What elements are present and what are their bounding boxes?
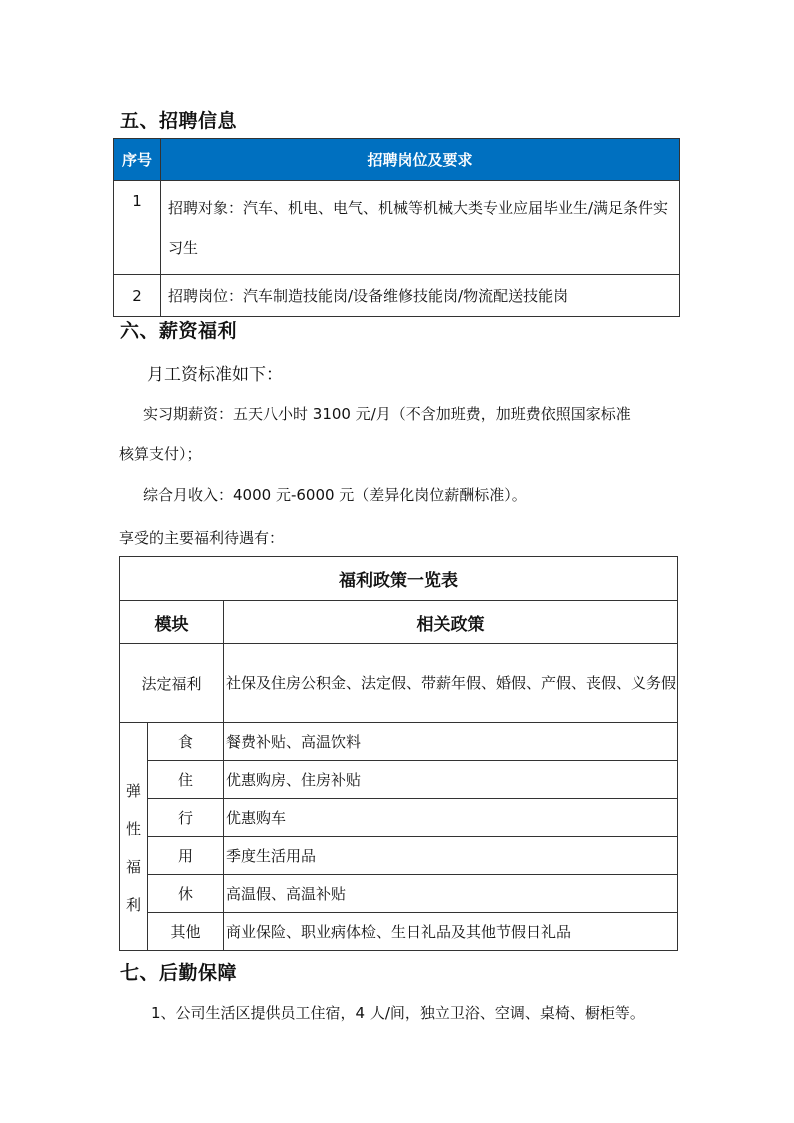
module-transport: 行 (148, 799, 224, 837)
module-rest: 休 (148, 875, 224, 913)
row-text: 招聘对象：汽车、机电、电气、机械等机械大类专业应届毕业生/满足条件实习生 (161, 181, 680, 275)
row-text: 招聘岗位：汽车制造技能岗/设备维修技能岗/物流配送技能岗 (161, 275, 680, 317)
group-label-char: 性 (120, 810, 147, 848)
table-row: 行 优惠购车 (120, 799, 678, 837)
total-income: 综合月收入：4000 元-6000 元（差异化岗位薪酬标准）。 (143, 484, 527, 505)
policy-transport: 优惠购车 (224, 799, 678, 837)
module-housing: 住 (148, 761, 224, 799)
table-row: 休 高温假、高温补贴 (120, 875, 678, 913)
logistics-item: 1、公司生活区提供员工住宿，4 人/间，独立卫浴、空调、桌椅、橱柜等。 (151, 1002, 645, 1023)
group-label-char: 弹 (120, 772, 147, 810)
policy-food: 餐费补贴、高温饮料 (224, 723, 678, 761)
module-supplies: 用 (148, 837, 224, 875)
column-header-module: 模块 (120, 601, 224, 644)
intern-salary-line1: 实习期薪资：五天八小时 3100 元/月（不含加班费，加班费依照国家标准 (143, 403, 631, 424)
module-food: 食 (148, 723, 224, 761)
table-row: 其他 商业保险、职业病体检、生日礼品及其他节假日礼品 (120, 913, 678, 951)
column-header-index: 序号 (114, 139, 161, 181)
group-label-char: 利 (120, 886, 147, 924)
salary-intro: 月工资标准如下： (147, 360, 283, 385)
section-heading-logistics: 七、后勤保障 (120, 958, 237, 985)
policy-supplies: 季度生活用品 (224, 837, 678, 875)
table-header-row: 序号 招聘岗位及要求 (114, 139, 680, 181)
table-row: 1 招聘对象：汽车、机电、电气、机械等机械大类专业应届毕业生/满足条件实习生 (114, 181, 680, 275)
module-other: 其他 (148, 913, 224, 951)
policy-housing: 优惠购房、住房补贴 (224, 761, 678, 799)
section-heading-recruitment: 五、招聘信息 (120, 106, 237, 133)
module-legal: 法定福利 (120, 644, 224, 723)
flexible-benefits-group-label: 弹 性 福 利 (120, 723, 148, 951)
column-header-policy: 相关政策 (224, 601, 678, 644)
section-heading-salary: 六、薪资福利 (120, 316, 237, 343)
table-row: 2 招聘岗位：汽车制造技能岗/设备维修技能岗/物流配送技能岗 (114, 275, 680, 317)
table-row: 住 优惠购房、住房补贴 (120, 761, 678, 799)
recruitment-table: 序号 招聘岗位及要求 1 招聘对象：汽车、机电、电气、机械等机械大类专业应届毕业… (113, 138, 680, 317)
benefits-table-title: 福利政策一览表 (120, 557, 678, 601)
intern-salary-line2: 核算支付）； (119, 443, 202, 464)
table-row: 弹 性 福 利 食 餐费补贴、高温饮料 (120, 723, 678, 761)
column-header-positions: 招聘岗位及要求 (161, 139, 680, 181)
benefits-table: 福利政策一览表 模块 相关政策 法定福利 社保及住房公积金、法定假、带薪年假、婚… (119, 556, 678, 951)
policy-rest: 高温假、高温补贴 (224, 875, 678, 913)
group-label-char: 福 (120, 848, 147, 886)
table-row: 用 季度生活用品 (120, 837, 678, 875)
table-row: 法定福利 社保及住房公积金、法定假、带薪年假、婚假、产假、丧假、义务假 (120, 644, 678, 723)
row-index: 2 (114, 275, 161, 317)
policy-other: 商业保险、职业病体检、生日礼品及其他节假日礼品 (224, 913, 678, 951)
row-index: 1 (114, 181, 161, 275)
policy-legal: 社保及住房公积金、法定假、带薪年假、婚假、产假、丧假、义务假 (224, 644, 678, 723)
benefits-intro: 享受的主要福利待遇有： (119, 527, 284, 548)
